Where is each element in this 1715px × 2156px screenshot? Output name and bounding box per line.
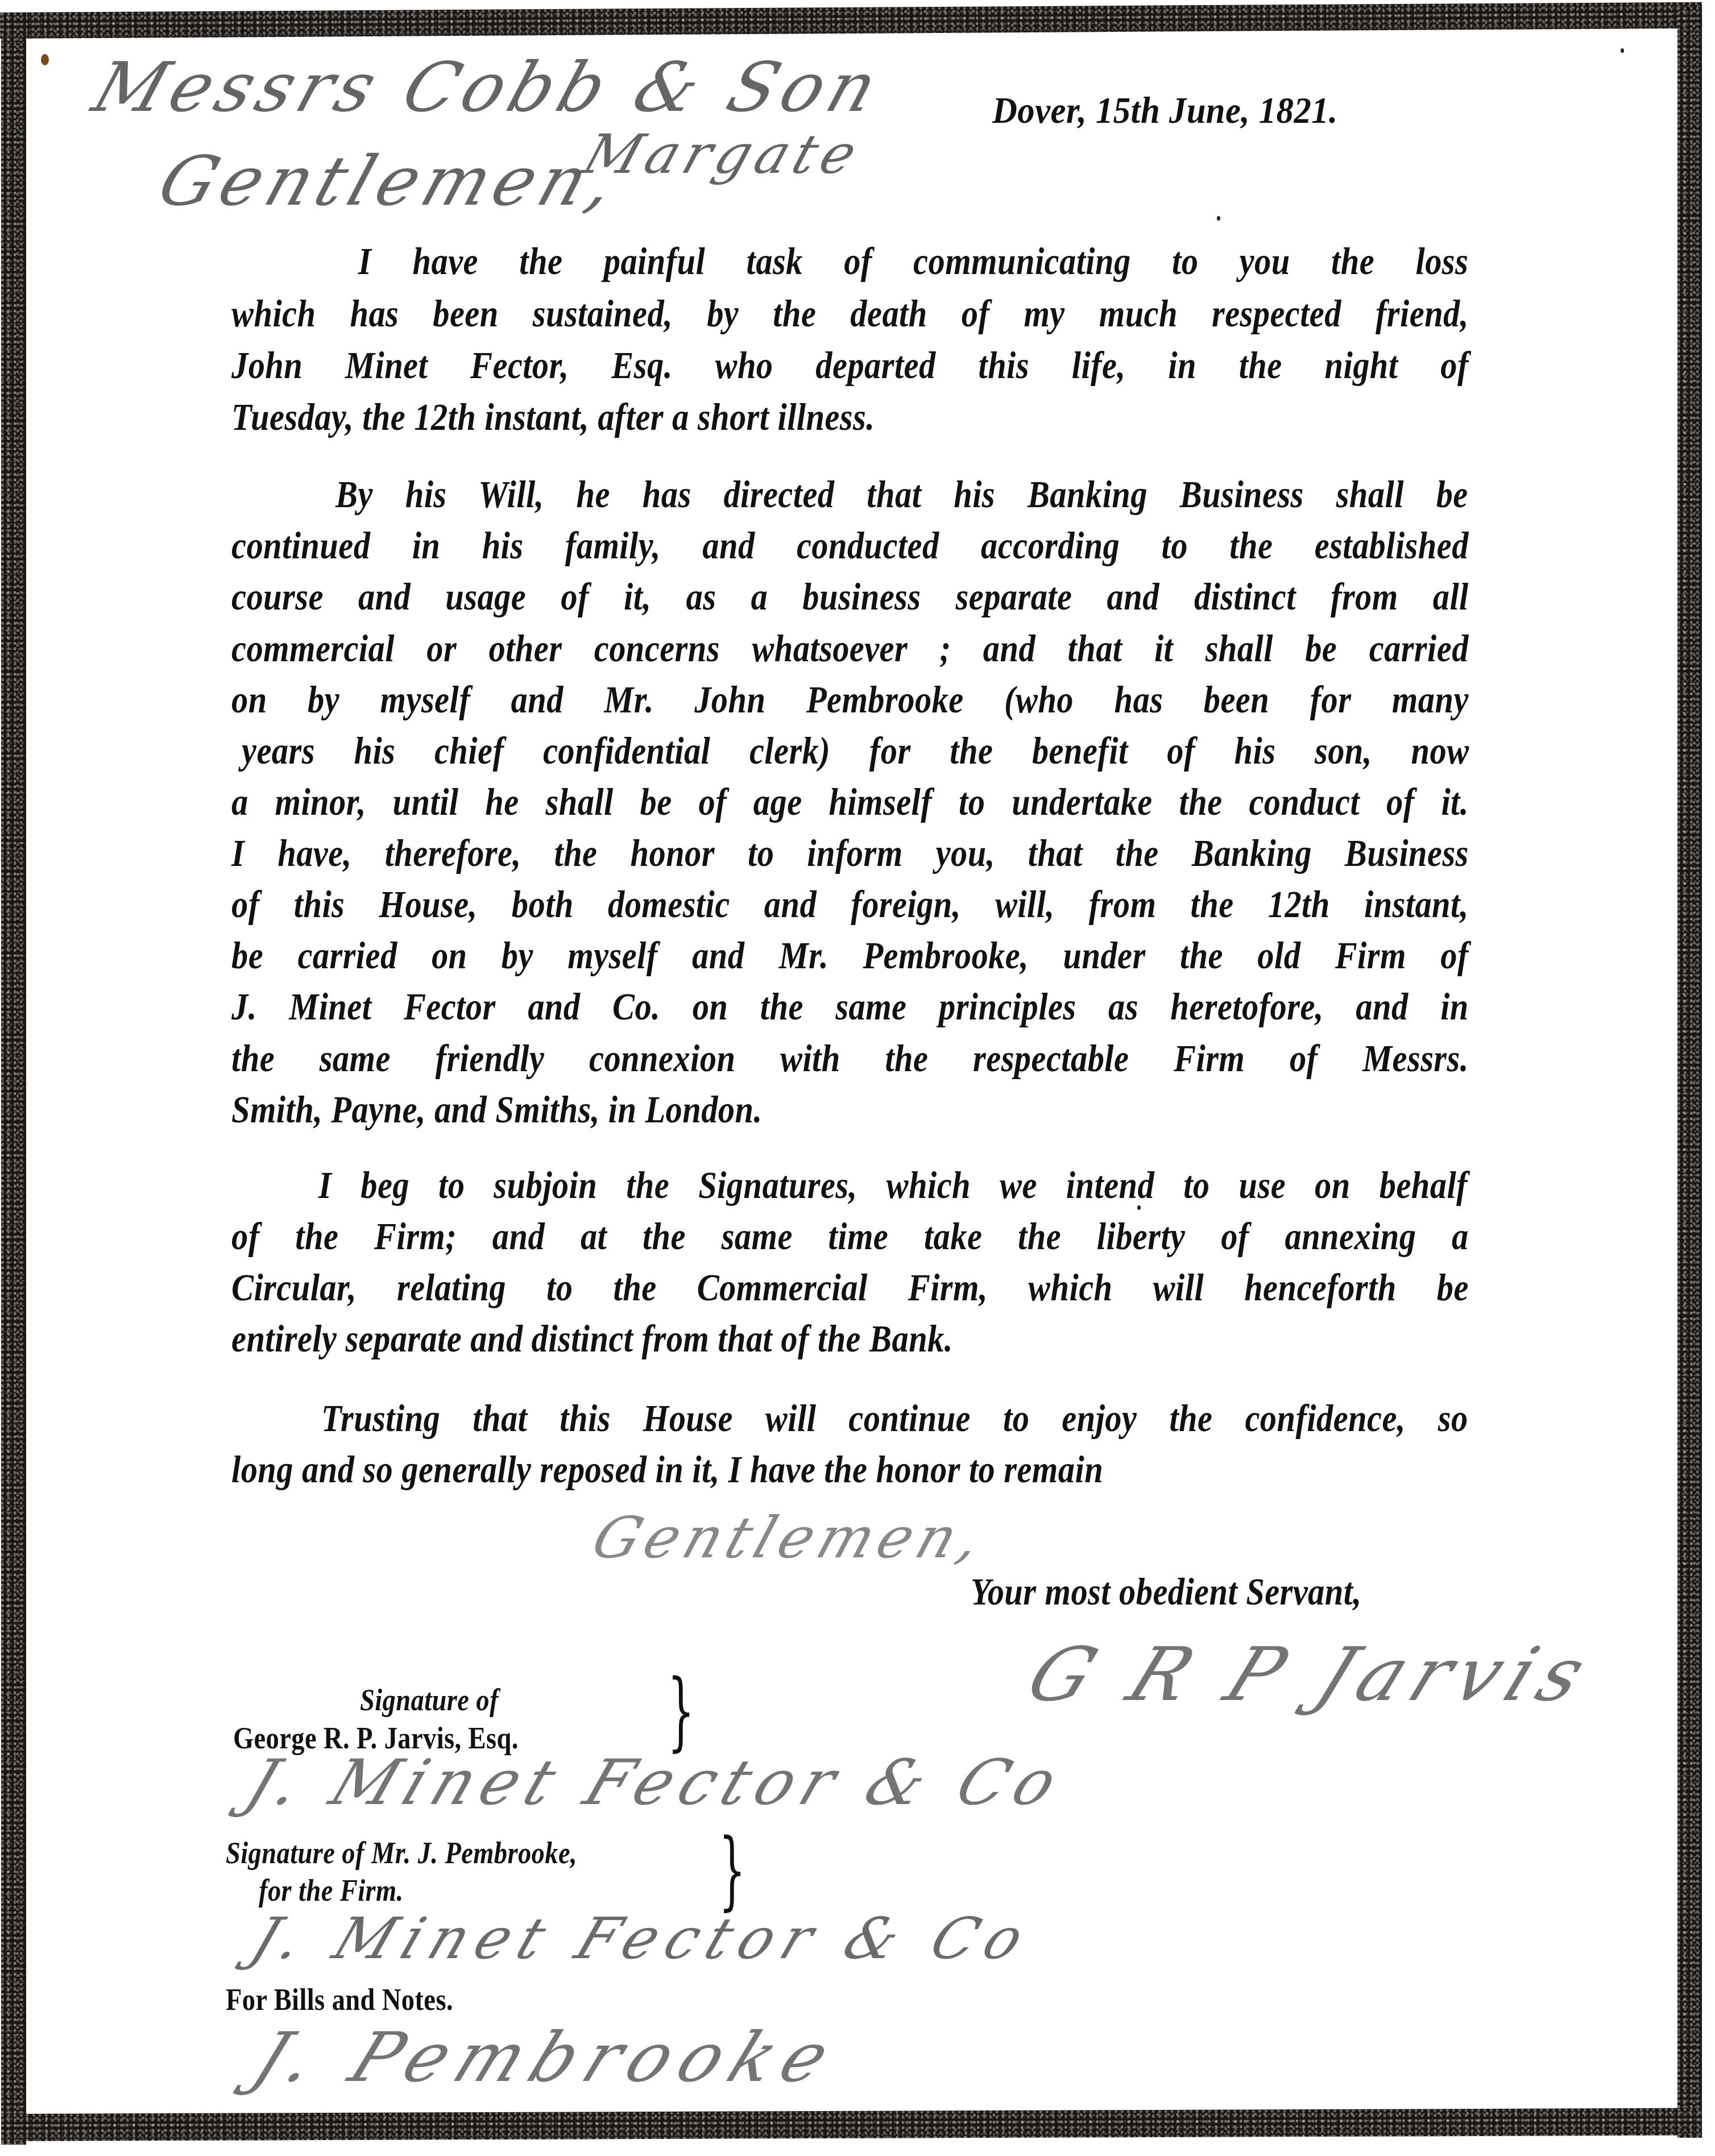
text-line: Circular, relating to the Commercial Fir… xyxy=(231,1268,1469,1307)
text-line: years his chief confidential clerk) for … xyxy=(242,731,1469,770)
text-line: Smith, Payne, and Smiths, in London. xyxy=(231,1090,763,1129)
letter-page: Messrs Cobb & Son Margate Gentlemen, Dov… xyxy=(0,0,1715,2156)
jarvis-label-line1: Signature of xyxy=(360,1685,499,1715)
text-line: I beg to subjoin the Signatures, which w… xyxy=(318,1166,1468,1204)
handwritten-addressee: Messrs Cobb & Son xyxy=(85,54,890,122)
text-line-content: I have, therefore, the honor to inform y… xyxy=(231,834,1469,872)
text-line-content: Trusting that this House will continue t… xyxy=(321,1399,1468,1437)
text-line: the same friendly connexion with the res… xyxy=(231,1039,1469,1077)
text-line-content: on by myself and Mr. John Pembrooke (who… xyxy=(231,680,1469,719)
text-line-content: By his Will, he has directed that his Ba… xyxy=(335,475,1468,513)
text-line-content: of this House, both domestic and foreign… xyxy=(231,885,1469,923)
text-line-content: I beg to subjoin the Signatures, which w… xyxy=(318,1166,1468,1204)
text-line: By his Will, he has directed that his Ba… xyxy=(335,475,1468,513)
pembrooke-label-line2: for the Firm. xyxy=(259,1875,404,1906)
handwritten-firm-signature-2: J. Minet Fector & Co xyxy=(245,1910,1040,1967)
text-line-content: Circular, relating to the Commercial Fir… xyxy=(231,1268,1469,1307)
handwritten-signature-pembrooke: J. Pembrooke xyxy=(245,2024,848,2092)
handwritten-closing-salutation: Gentlemen, xyxy=(586,1510,994,1566)
pembrooke-label-line1: Signature of Mr. J. Pembrooke, xyxy=(226,1838,577,1868)
text-line-content: years his chief confidential clerk) for … xyxy=(242,731,1469,770)
text-line: of the Firm; and at the same time take t… xyxy=(231,1217,1469,1255)
text-line: long and so generally reposed in it, I h… xyxy=(231,1450,1103,1489)
border-top xyxy=(0,2,1702,39)
text-line-content: Smith, Payne, and Smiths, in London. xyxy=(231,1088,763,1131)
text-line: continued in his family, and conducted a… xyxy=(231,526,1469,565)
text-line-content: J. Minet Fector and Co. on the same prin… xyxy=(231,987,1469,1026)
text-line-content: I have the painful task of communicating… xyxy=(358,242,1468,280)
text-line: I have the painful task of communicating… xyxy=(358,242,1468,280)
brace-icon: } xyxy=(668,1669,695,1754)
text-line: Trusting that this House will continue t… xyxy=(321,1399,1468,1437)
text-line-content: of the Firm; and at the same time take t… xyxy=(231,1217,1469,1255)
border-bottom xyxy=(1,2108,1702,2141)
text-line: I have, therefore, the honor to inform y… xyxy=(231,834,1469,872)
text-line-content: which has been sustained, by the death o… xyxy=(231,294,1469,333)
text-line-content: John Minet Fector, Esq. who departed thi… xyxy=(231,346,1469,384)
handwritten-salutation: Gentlemen, xyxy=(151,148,629,216)
text-line-content: Tuesday, the 12th instant, after a short… xyxy=(231,395,875,438)
bills-label: For Bills and Notes. xyxy=(226,1984,453,2015)
text-line-content: commercial or other concerns whatsoever … xyxy=(231,629,1469,667)
text-line: Tuesday, the 12th instant, after a short… xyxy=(231,397,875,436)
ink-blot xyxy=(41,54,49,65)
ink-speck xyxy=(1621,48,1624,53)
text-line: on by myself and Mr. John Pembrooke (who… xyxy=(231,680,1469,719)
text-line: be carried on by myself and Mr. Pembrook… xyxy=(231,936,1469,975)
valediction: Your most obedient Servant, xyxy=(971,1572,1361,1611)
text-line-content: long and so generally reposed in it, I h… xyxy=(231,1448,1103,1491)
brace-icon: } xyxy=(719,1828,746,1913)
text-line: entirely separate and distinct from that… xyxy=(231,1319,953,1358)
place-date: Dover, 15th June, 1821. xyxy=(992,92,1338,130)
text-line-content: course and usage of it, as a business se… xyxy=(231,577,1469,616)
text-line: course and usage of it, as a business se… xyxy=(231,577,1469,616)
text-line-content: a minor, until he shall be of age himsel… xyxy=(231,782,1469,821)
text-line: of this House, both domestic and foreign… xyxy=(231,885,1469,923)
text-line: commercial or other concerns whatsoever … xyxy=(231,629,1469,667)
border-right xyxy=(1677,7,1702,2138)
text-line-content: continued in his family, and conducted a… xyxy=(231,526,1469,565)
handwritten-firm-signature-1: J. Minet Fector & Co xyxy=(239,1751,1073,1814)
text-line: a minor, until he shall be of age himsel… xyxy=(231,782,1469,821)
ink-speck xyxy=(1217,216,1220,221)
text-line-content: the same friendly connexion with the res… xyxy=(231,1039,1469,1077)
handwritten-signature-jarvis: G R P Jarvis xyxy=(1018,1637,1604,1711)
text-line: J. Minet Fector and Co. on the same prin… xyxy=(231,987,1469,1026)
text-line-content: be carried on by myself and Mr. Pembrook… xyxy=(231,936,1469,975)
border-left xyxy=(1,13,26,2145)
text-line: which has been sustained, by the death o… xyxy=(231,294,1469,333)
text-line-content: entirely separate and distinct from that… xyxy=(231,1317,953,1360)
text-line: John Minet Fector, Esq. who departed thi… xyxy=(231,346,1469,384)
